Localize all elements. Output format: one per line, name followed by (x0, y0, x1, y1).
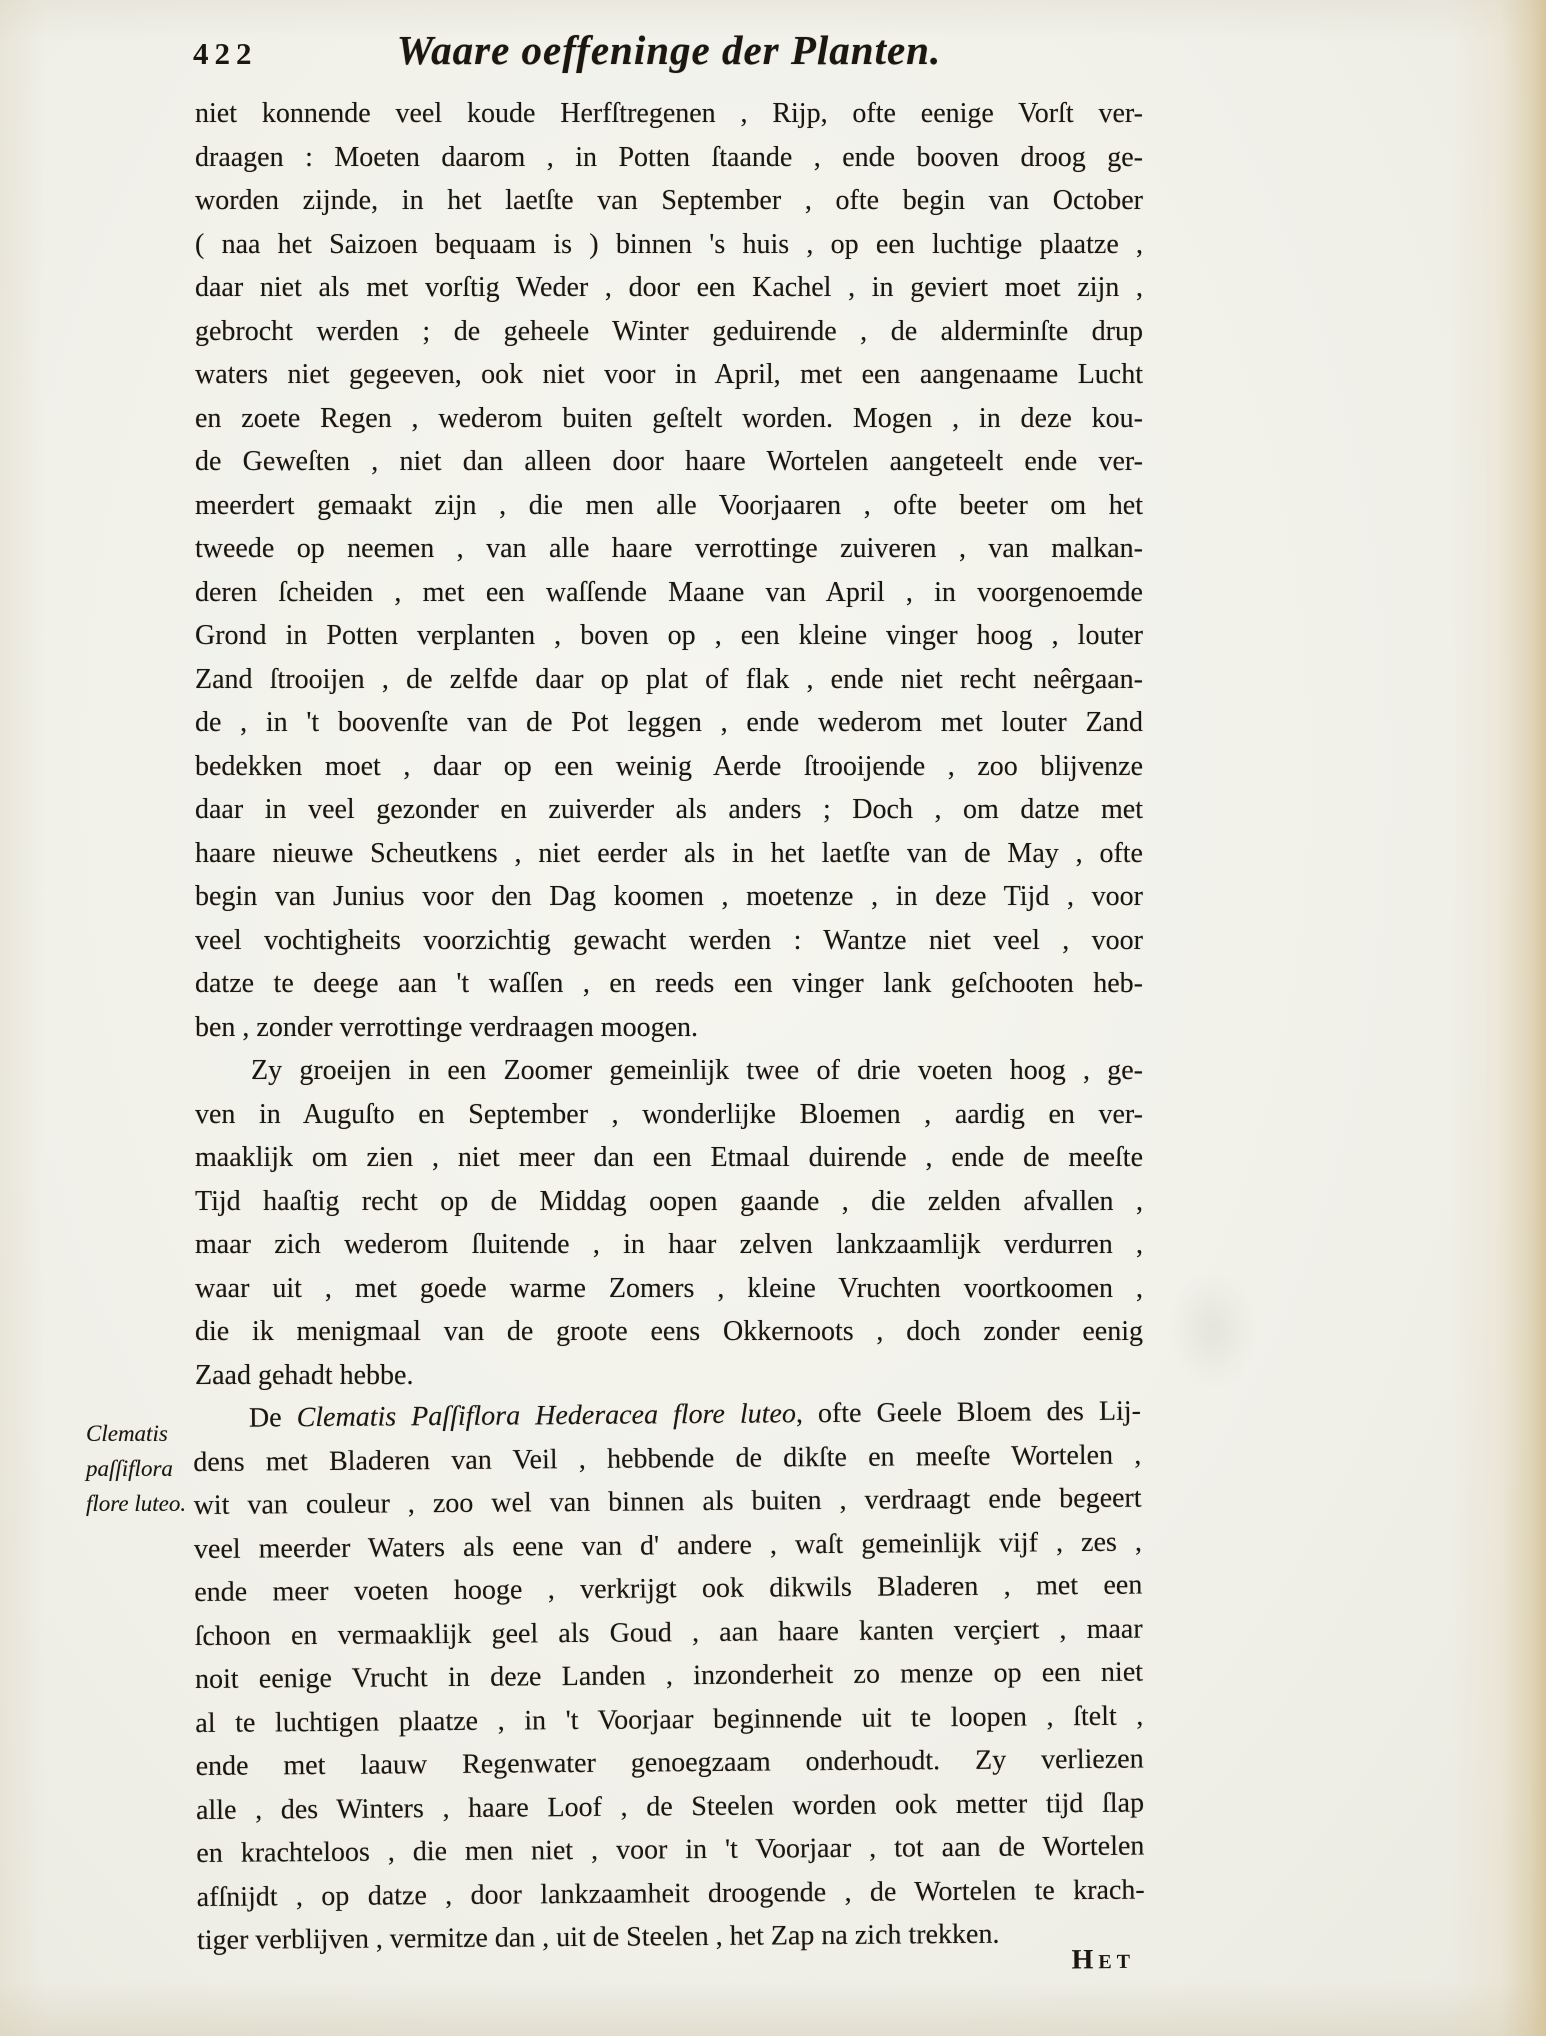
margin-note-line: paſſiflora (86, 1451, 190, 1486)
text-line: wit van couleur , zoo wel van binnen als… (193, 1477, 1141, 1528)
latin-plant-name: Clematis Paſſiflora Hederacea flore lute… (297, 1398, 797, 1433)
text-line: ende met laauw Regenwater genoegzaam ond… (196, 1738, 1144, 1789)
text-line: en zoete Regen , wederom buiten geſtelt … (195, 397, 1143, 441)
text-segment: , ofte Geele Bloem des Lij- (796, 1396, 1141, 1430)
text-line: draagen : Moeten daarom , in Potten ſtaa… (195, 136, 1143, 180)
text-line: datze te deege aan 't waſſen , en reeds … (195, 962, 1143, 1006)
show-through-smudge (1168, 1270, 1258, 1390)
text-line: afſnijdt , op datze , door lankzaamheit … (197, 1868, 1145, 1919)
text-line: tweede op neemen , van alle haare verrot… (195, 527, 1143, 571)
text-line: maar zich wederom ſluitende , in haar ze… (195, 1223, 1143, 1267)
text-line: haare nieuwe Scheutkens , niet eerder al… (195, 832, 1143, 876)
text-line: ( naa het Saizoen bequaam is ) binnen 's… (195, 223, 1143, 267)
text-line: waar uit , met goede warme Zomers , klei… (195, 1267, 1143, 1311)
text-line: al te luchtigen plaatze , in 't Voorjaar… (195, 1694, 1143, 1745)
text-line: noit eenige Vrucht in deze Landen , inzo… (195, 1651, 1143, 1702)
text-line: daar niet als met vorſtig Weder , door e… (195, 266, 1143, 310)
text-line: de , in 't boovenſte van de Pot leggen ,… (195, 701, 1143, 745)
margin-note: Clematispaſſifloraflore luteo. (86, 1416, 190, 1521)
text-block: niet konnende veel koude Herfſtregenen ,… (195, 92, 1143, 1963)
text-line: Zand ſtrooijen , de zelfde daar op plat … (195, 658, 1143, 702)
text-line: Grond in Potten verplanten , boven op , … (195, 614, 1143, 658)
catchword: Het (195, 1944, 1135, 1984)
text-line: worden zijnde, in het laetſte van Septem… (195, 179, 1143, 223)
margin-note-line: Clematis (86, 1416, 190, 1451)
text-line: Tijd haaſtig recht op de Middag oopen ga… (195, 1180, 1143, 1224)
paragraph: De Clematis Paſſiflora Hederacea flore l… (193, 1390, 1145, 1963)
text-line: alle , des Winters , haare Loof , de Ste… (196, 1781, 1144, 1832)
text-line: Zy groeijen in een Zoomer gemeinlijk twe… (251, 1049, 1143, 1093)
text-line: deren ſcheiden , met een waſſende Maane … (195, 571, 1143, 615)
text-line: veel meerder Waters als eene van d' ande… (194, 1520, 1142, 1571)
margin-note-line: flore luteo. (86, 1486, 190, 1521)
text-line: dens met Bladeren van Veil , hebbende de… (193, 1433, 1141, 1484)
text-line: niet konnende veel koude Herfſtregenen ,… (195, 92, 1143, 136)
text-line: ſchoon en vermaaklijk geel als Goud , aa… (194, 1607, 1142, 1658)
text-line: meerdert gemaakt zijn , die men alle Voo… (195, 484, 1143, 528)
text-line: veel vochtigheits voorzichtig gewacht we… (195, 919, 1143, 963)
text-line: ende meer voeten hooge , verkrijgt ook d… (194, 1564, 1142, 1615)
text-line: die ik menigmaal van de groote eens Okke… (195, 1310, 1143, 1354)
text-line: maaklijk om zien , niet meer dan een Etm… (195, 1136, 1143, 1180)
text-line: daar in veel gezonder en zuiverder als a… (195, 788, 1143, 832)
text-line: De Clematis Paſſiflora Hederacea flore l… (249, 1390, 1141, 1441)
paragraph: niet konnende veel koude Herfſtregenen ,… (195, 92, 1143, 1049)
text-line: begin van Junius voor den Dag koomen , m… (195, 875, 1143, 919)
book-page: 422 Waare oeffeninge der Planten. Clemat… (0, 0, 1546, 2036)
text-line: ben , zonder verrottinge verdraagen moog… (195, 1006, 1143, 1050)
text-line: ven in Auguſto en September , wonderlijk… (195, 1093, 1143, 1137)
text-line: en krachteloos , die men niet , voor in … (196, 1825, 1144, 1876)
text-line: bedekken moet , daar op een weinig Aerde… (195, 745, 1143, 789)
running-title: Waare oeffeninge der Planten. (195, 26, 1143, 74)
text-line: waters niet gegeeven, ook niet voor in A… (195, 353, 1143, 397)
text-segment: De (249, 1402, 297, 1433)
text-line: gebrocht werden ; de geheele Winter gedu… (195, 310, 1143, 354)
text-line: de Geweſten , niet dan alleen door haare… (195, 440, 1143, 484)
paragraph: Zy groeijen in een Zoomer gemeinlijk twe… (195, 1049, 1143, 1397)
